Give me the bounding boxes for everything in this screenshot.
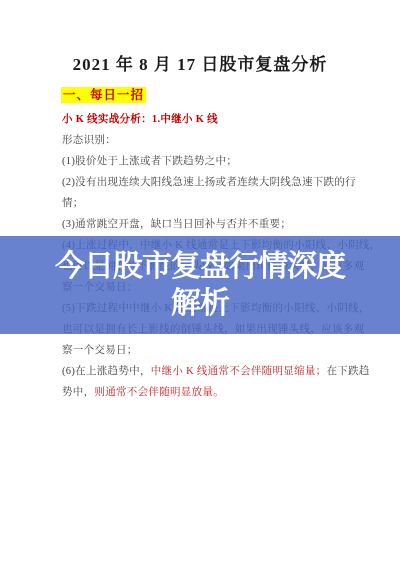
text-segment: (1)股价处于上涨或者下跌趋势之中； [62, 156, 237, 167]
text-segment: (3)通常跳空开盘，缺口当日回补与否并不重要； [62, 219, 291, 230]
document-line: 形态识别： [62, 130, 370, 151]
document-line: 情； [62, 193, 370, 214]
section-heading: 一、每日一招 [61, 87, 146, 103]
caption-banner: 今日股市复盘行情深度 解析 [0, 236, 400, 334]
document-page: 2021 年 8 月 17 日股市复盘分析 一、每日一招 小 K 线实战分析：1… [0, 0, 400, 566]
highlighted-text-segment: 则通常不会伴随明显放量。 [94, 387, 224, 398]
text-segment: 形态识别： [62, 135, 116, 146]
highlighted-text-segment: 小 K 线实战分析：1.中继小 K 线 [62, 114, 218, 125]
caption-line-1: 今日股市复盘行情深度 [55, 248, 345, 285]
document-line: (6)在上涨趋势中，中继小 K 线通常不会伴随明显缩量；在下跌趋 [62, 361, 370, 382]
text-segment: (6)在上涨趋势中， [62, 366, 151, 377]
text-segment: 势中， [62, 387, 94, 398]
document-line: 势中，则通常不会伴随明显放量。 [62, 382, 370, 403]
highlighted-text-segment: 中继小 K 线通常不会伴随明显缩量； [151, 366, 327, 377]
document-title: 2021 年 8 月 17 日股市复盘分析 [0, 50, 400, 75]
document-line: 察一个交易日； [62, 340, 370, 361]
text-segment: 在下跌趋 [326, 366, 369, 377]
document-line: 小 K 线实战分析：1.中继小 K 线 [62, 109, 370, 130]
caption-line-2: 解析 [171, 285, 229, 322]
document-line: (3)通常跳空开盘，缺口当日回补与否并不重要； [62, 214, 370, 235]
text-segment: 察一个交易日； [62, 345, 138, 356]
text-segment: (2)没有出现连续大阳线急速上扬或者连续大阴线急速下跌的行 [62, 177, 356, 188]
text-segment: 情； [62, 198, 84, 209]
document-line: (1)股价处于上涨或者下跌趋势之中； [62, 151, 370, 172]
document-line: (2)没有出现连续大阳线急速上扬或者连续大阴线急速下跌的行 [62, 172, 370, 193]
